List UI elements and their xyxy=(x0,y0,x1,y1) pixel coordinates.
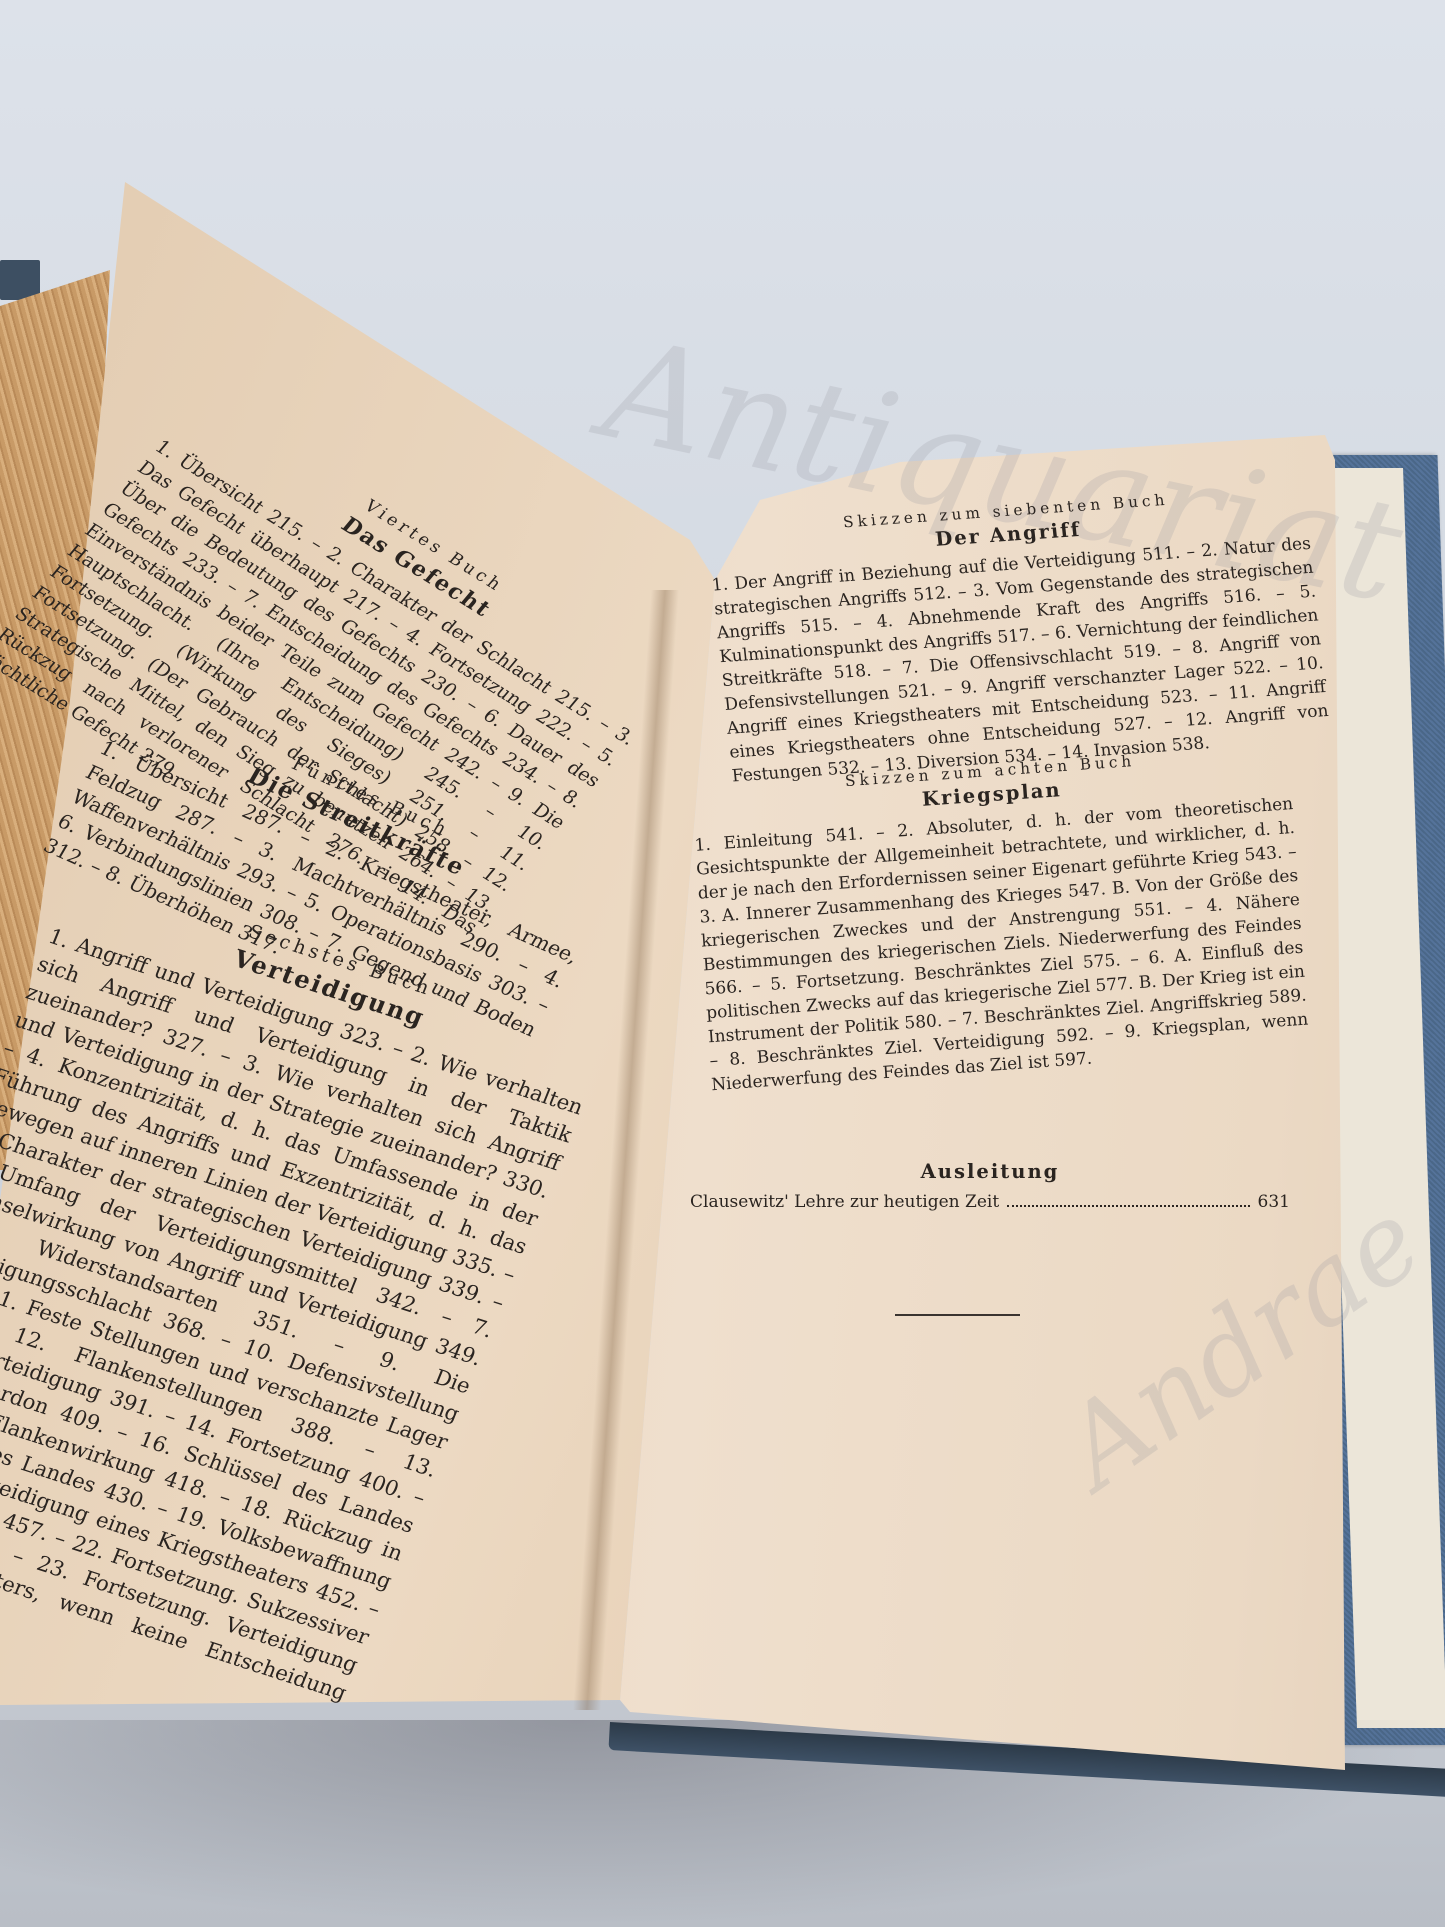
dot-leader xyxy=(1007,1205,1249,1207)
toc-line: Clausewitz' Lehre zur heutigen Zeit 631 xyxy=(690,1190,1290,1214)
toc-entries: 1. Einleitung 541. – 2. Absoluter, d. h.… xyxy=(694,792,1311,1097)
toc-entry-page: 631 xyxy=(1258,1190,1290,1214)
end-rule xyxy=(895,1314,1020,1316)
book-photo: Antiquariat Andrae Viertes Buch Das Gefe… xyxy=(0,0,1445,1927)
book-cover-corner xyxy=(0,260,40,300)
toc-entry-label: Clausewitz' Lehre zur heutigen Zeit xyxy=(690,1190,999,1214)
chapter-title: Ausleitung xyxy=(690,1160,1290,1184)
toc-section-achtes-buch: Skizzen zum achten Buch Kriegsplan 1. Ei… xyxy=(690,738,1311,1097)
toc-section-ausleitung: Ausleitung Clausewitz' Lehre zur heutige… xyxy=(690,1160,1290,1214)
